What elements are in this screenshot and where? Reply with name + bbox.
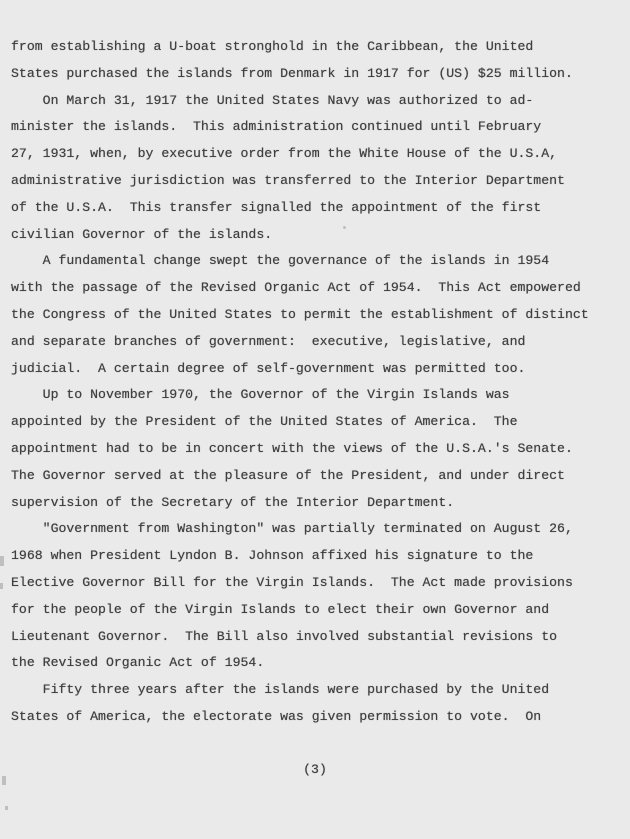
text-line: of the U.S.A. This transfer signalled th… <box>11 195 623 222</box>
text-line: with the passage of the Revised Organic … <box>11 275 623 302</box>
scan-artifact <box>2 776 6 785</box>
text-line: Lieutenant Governor. The Bill also invol… <box>11 624 623 651</box>
scan-artifact <box>5 806 8 810</box>
text-line: States purchased the islands from Denmar… <box>11 61 623 88</box>
text-line: A fundamental change swept the governanc… <box>11 248 623 275</box>
text-line: 1968 when President Lyndon B. Johnson af… <box>11 543 623 570</box>
text-line: from establishing a U-boat stronghold in… <box>11 34 623 61</box>
text-line: Up to November 1970, the Governor of the… <box>11 382 623 409</box>
text-line: Fifty three years after the islands were… <box>11 677 623 704</box>
text-line: States of America, the electorate was gi… <box>11 704 623 731</box>
text-line: 27, 1931, when, by executive order from … <box>11 141 623 168</box>
text-line: Elective Governor Bill for the Virgin Is… <box>11 570 623 597</box>
scan-artifact <box>0 583 3 589</box>
text-line: appointment had to be in concert with th… <box>11 436 623 463</box>
text-line: minister the islands. This administratio… <box>11 114 623 141</box>
scan-artifact <box>0 556 4 566</box>
scan-artifact <box>343 226 346 229</box>
text-line: On March 31, 1917 the United States Navy… <box>11 88 623 115</box>
text-line: appointed by the President of the United… <box>11 409 623 436</box>
typewritten-text-block: from establishing a U-boat stronghold in… <box>11 34 623 731</box>
text-line: the Congress of the United States to per… <box>11 302 623 329</box>
text-line: for the people of the Virgin Islands to … <box>11 597 623 624</box>
text-line: The Governor served at the pleasure of t… <box>11 463 623 490</box>
text-line: and separate branches of government: exe… <box>11 329 623 356</box>
text-line: administrative jurisdiction was transfer… <box>11 168 623 195</box>
text-line: supervision of the Secretary of the Inte… <box>11 490 623 517</box>
document-page: from establishing a U-boat stronghold in… <box>0 0 630 839</box>
text-line: judicial. A certain degree of self-gover… <box>11 356 623 383</box>
text-line: the Revised Organic Act of 1954. <box>11 650 623 677</box>
text-line: civilian Governor of the islands. <box>11 222 623 249</box>
text-line: "Government from Washington" was partial… <box>11 516 623 543</box>
page-number: (3) <box>0 762 630 778</box>
